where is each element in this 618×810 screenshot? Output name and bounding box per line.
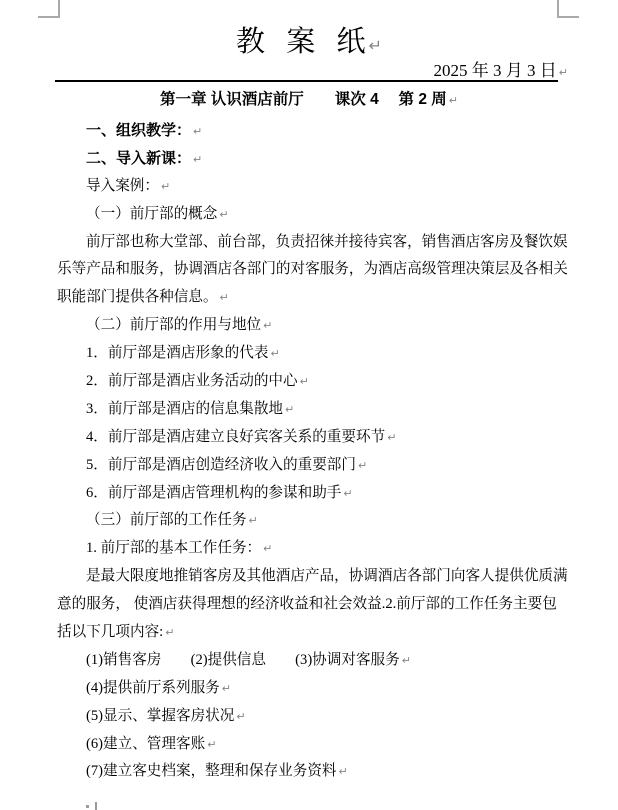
document-line-text: (5)显示、掌握客房状况	[86, 708, 234, 724]
document-line: 4．前厅部是酒店建立良好宾客关系的重要环节↵	[57, 424, 565, 452]
paragraph-mark-icon: ↵	[236, 710, 245, 723]
document-line-text: 1. 前厅部的基本工作任务：	[86, 540, 261, 556]
document-line-text: (6)建立、管理客账	[86, 736, 205, 752]
paragraph-mark-icon: ↵	[220, 291, 229, 304]
document-line: (7)建立客史档案，整理和保存业务资料↵	[57, 758, 565, 786]
text-boundary-mark-top-right-icon	[557, 0, 579, 18]
document-line: 是最大限度地推销客房及其他酒店产品，协调酒店各部门向客人提供优质满	[57, 563, 565, 591]
document-line-text: （三）前厅部的工作任务	[86, 512, 247, 528]
document-line: （一）前厅部的概念↵	[57, 201, 565, 229]
document-line-text: 前厅部也称大堂部、前台部，负责招徕并接待宾客，销售酒店客房及餐饮娱	[86, 234, 568, 250]
document-line: 一、组织教学：↵	[57, 117, 565, 145]
paragraph-mark-icon: ↵	[263, 542, 272, 555]
header-divider	[55, 80, 558, 82]
document-line-text: 6．前厅部是酒店管理机构的参谋和助手	[86, 485, 341, 501]
paragraph-mark-icon: ↵	[193, 153, 202, 166]
paragraph-mark-icon: ↵	[343, 487, 352, 500]
document-line-text: 2．前厅部是酒店业务活动的中心	[86, 373, 298, 389]
document-line: 6．前厅部是酒店管理机构的参谋和助手↵	[57, 480, 565, 508]
document-line: （三）前厅部的工作任务↵	[57, 507, 565, 535]
document-line: 导入案例：↵	[57, 173, 565, 201]
document-line-text: 意的服务， 使酒店获得理想的经济收益和社会效益.2.前厅部的工作任务主要包	[57, 596, 557, 612]
document-line: 职能部门提供各种信息。↵	[57, 284, 565, 312]
document-line: 二、导入新课：↵	[57, 145, 565, 173]
paragraph-mark-icon: ↵	[263, 319, 272, 332]
document-line: (1)销售客房 (2)提供信息 (3)协调对客服务↵	[57, 647, 565, 675]
document-line-text: （一）前厅部的概念	[86, 206, 217, 222]
document-line-text: 5．前厅部是酒店创造经济收入的重要部门	[86, 457, 356, 473]
document-title-text: 教 案 纸	[236, 26, 367, 58]
document-line-text: （二）前厅部的作用与地位	[86, 317, 261, 333]
document-line: 乐等产品和服务，协调酒店各部门的对客服务，为酒店高级管理决策层及各相关	[57, 256, 565, 284]
document-line: 1. 前厅部的基本工作任务：↵	[57, 535, 565, 563]
document-line-text: 一、组织教学：	[86, 122, 191, 139]
chapter-heading: 第一章 认识酒店前厅 课次 4 第 2 周↵	[0, 87, 618, 109]
paragraph-mark-icon: ↵	[387, 431, 396, 444]
clipped-paragraph-mark-icon	[95, 802, 97, 810]
paragraph-mark-icon: ↵	[219, 208, 228, 221]
document-line: 5．前厅部是酒店创造经济收入的重要部门↵	[57, 452, 565, 480]
document-line: (4)提供前厅系列服务↵	[57, 675, 565, 703]
paragraph-mark-icon: ↵	[207, 738, 216, 751]
paragraph-mark-icon: ↵	[559, 66, 568, 79]
document-page: 教 案 纸↵ 2025 年 3 月 3 日↵ 第一章 认识酒店前厅 课次 4 第…	[0, 0, 618, 810]
document-line-text: 职能部门提供各种信息。	[57, 289, 218, 305]
document-line: 前厅部也称大堂部、前台部，负责招徕并接待宾客，销售酒店客房及餐饮娱	[57, 229, 565, 257]
document-line-text: (4)提供前厅系列服务	[86, 680, 220, 696]
paragraph-mark-icon: ↵	[339, 765, 348, 778]
document-line-text: 是最大限度地推销客房及其他酒店产品，协调酒店各部门向客人提供优质满	[86, 568, 568, 584]
paragraph-mark-icon: ↵	[449, 94, 458, 107]
document-line-text: 3．前厅部是酒店的信息集散地	[86, 401, 283, 417]
paragraph-mark-icon: ↵	[161, 180, 170, 193]
document-line-text: 乐等产品和服务，协调酒店各部门的对客服务，为酒店高级管理决策层及各相关	[57, 261, 568, 277]
paragraph-mark-icon: ↵	[285, 403, 294, 416]
document-line: 括以下几项内容:↵	[57, 619, 565, 647]
document-line-text: 4．前厅部是酒店建立良好宾客关系的重要环节	[86, 429, 385, 445]
document-line-text: 导入案例：	[86, 178, 159, 194]
document-line-text: (1)销售客房 (2)提供信息 (3)协调对客服务	[86, 652, 400, 668]
paragraph-mark-icon: ↵	[249, 514, 258, 527]
text-boundary-mark-top-left-icon	[38, 0, 60, 18]
clipped-paragraph-mark-icon	[86, 805, 89, 808]
paragraph-mark-icon: ↵	[358, 459, 367, 472]
paragraph-mark-icon: ↵	[369, 36, 382, 55]
document-line: 1．前厅部是酒店形象的代表↵	[57, 340, 565, 368]
paragraph-mark-icon: ↵	[270, 347, 279, 360]
document-line: 意的服务， 使酒店获得理想的经济收益和社会效益.2.前厅部的工作任务主要包	[57, 591, 565, 619]
paragraph-mark-icon: ↵	[300, 375, 309, 388]
document-body: 一、组织教学：↵二、导入新课：↵导入案例：↵（一）前厅部的概念↵前厅部也称大堂部…	[57, 117, 565, 786]
document-title: 教 案 纸↵	[0, 19, 618, 60]
document-line: (5)显示、掌握客房状况↵	[57, 703, 565, 731]
document-line-text: 1．前厅部是酒店形象的代表	[86, 345, 268, 361]
document-line-text: (7)建立客史档案，整理和保存业务资料	[86, 763, 337, 779]
document-line: 3．前厅部是酒店的信息集散地↵	[57, 396, 565, 424]
document-line-text: 括以下几项内容:	[57, 624, 163, 640]
document-line-text: 二、导入新课：	[86, 150, 191, 167]
document-line: (6)建立、管理客账↵	[57, 731, 565, 759]
document-line: 2．前厅部是酒店业务活动的中心↵	[57, 368, 565, 396]
paragraph-mark-icon: ↵	[193, 125, 202, 138]
document-date-text: 2025 年 3 月 3 日	[434, 61, 557, 80]
document-line: （二）前厅部的作用与地位↵	[57, 312, 565, 340]
paragraph-mark-icon: ↵	[165, 626, 174, 639]
paragraph-mark-icon: ↵	[402, 654, 411, 667]
chapter-heading-text: 第一章 认识酒店前厅 课次 4 第 2 周	[160, 91, 447, 108]
paragraph-mark-icon: ↵	[222, 682, 231, 695]
document-date: 2025 年 3 月 3 日↵	[434, 56, 568, 81]
